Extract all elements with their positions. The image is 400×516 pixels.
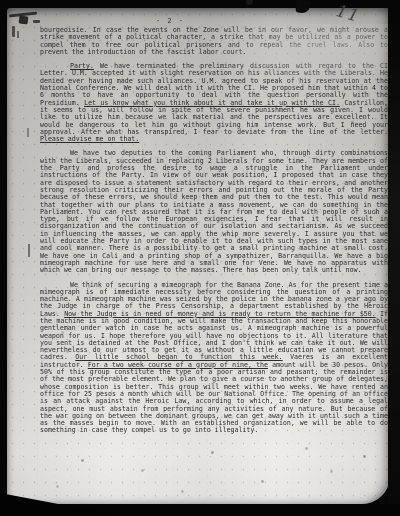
paragraph-2: Party. We have terminated the preliminar… [40, 63, 388, 143]
scan-edge-right [388, 0, 400, 516]
typewritten-text: bourgeoisie. In case the events on the Z… [40, 27, 388, 442]
text-segment: We have two deputies to the coming Parli… [40, 149, 388, 274]
paragraph-1: bourgeoisie. In case the events on the Z… [40, 27, 388, 56]
ink-smudge [33, 20, 40, 23]
scan-artifact-mark [12, 26, 15, 37]
margin-tick-mark [28, 244, 30, 257]
text-segment: bourgeoisie. In case the events on the Z… [40, 26, 388, 56]
ink-smudge [18, 15, 28, 24]
margin-tick-mark [27, 128, 29, 137]
text-segment: amount will be 30 pesos. Only 50% of thi… [40, 361, 388, 435]
page-number: - 2 - [156, 17, 185, 25]
paragraph-4: We think of securing a mimeograph for th… [40, 282, 388, 435]
dust-speckles [0, 0, 1, 1]
paragraph-3: We have two deputies to the coming Parli… [40, 150, 388, 274]
scan-artifact-mark [17, 31, 19, 38]
ink-mark-top [246, 0, 253, 5]
underlined-text: Please advise me on that. [40, 135, 139, 143]
document-scan: - 2 - 11 bourgeoisie. In case the events… [0, 0, 400, 516]
